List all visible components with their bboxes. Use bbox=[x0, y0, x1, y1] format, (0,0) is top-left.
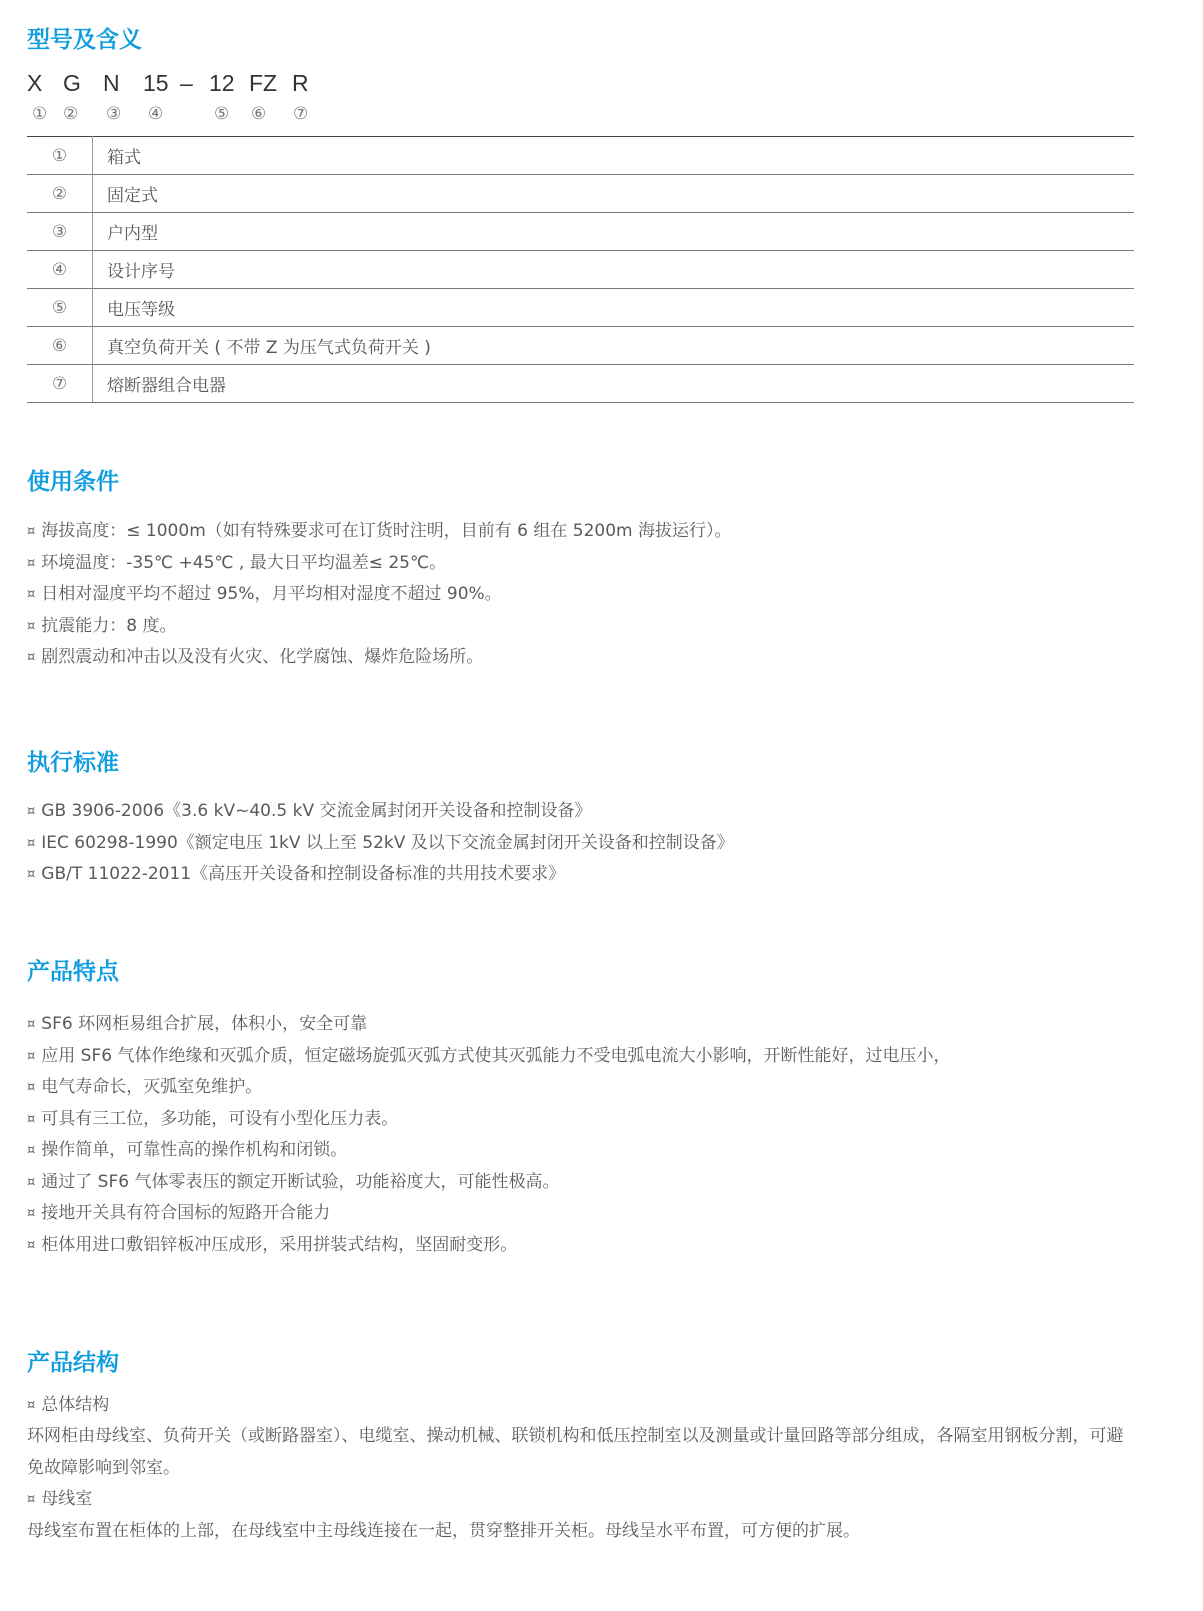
model-code-part: N bbox=[103, 70, 120, 97]
bullet-icon: ¤ bbox=[27, 579, 35, 611]
list-item-text: SF6 环网柜易组合扩展，体积小，安全可靠 bbox=[41, 1014, 367, 1034]
list-item: ¤可具有三工位，多功能，可设有小型化压力表。 bbox=[27, 1104, 950, 1136]
list-item: ¤环境温度：-35℃ +45℃ , 最大日平均温差≤ 25℃。 bbox=[27, 548, 732, 580]
bullet-icon: ¤ bbox=[27, 1167, 35, 1199]
row-number: ① bbox=[27, 137, 93, 175]
bullet-icon: ¤ bbox=[27, 1009, 35, 1041]
model-code-part: G bbox=[63, 70, 81, 97]
model-code-part: R bbox=[292, 70, 309, 97]
section-title-conditions: 使用条件 bbox=[27, 467, 119, 497]
bullet-icon: ¤ bbox=[27, 611, 35, 643]
list-item-text: 可具有三工位，多功能，可设有小型化压力表。 bbox=[41, 1109, 398, 1129]
row-description: 设计序号 bbox=[93, 251, 1135, 289]
model-code-number: ⑦ bbox=[293, 104, 308, 124]
structure-overall-label: ¤总体结构 bbox=[27, 1390, 109, 1422]
structure-busbar-text: 母线室布置在柜体的上部，在母线室中主母线连接在一起，贯穿整排开关柜。母线呈水平布… bbox=[27, 1516, 1137, 1548]
table-row: ③ 户内型 bbox=[27, 213, 1134, 251]
list-item-text: 日相对湿度平均不超过 95%，月平均相对湿度不超过 90%。 bbox=[41, 584, 501, 604]
list-item-text: 海拔高度：≤ 1000m（如有特殊要求可在订货时注明，目前有 6 组在 5200… bbox=[41, 521, 731, 541]
list-item: ¤接地开关具有符合国标的短路开合能力 bbox=[27, 1198, 950, 1230]
list-item: ¤剧烈震动和冲击以及没有火灾、化学腐蚀、爆炸危险场所。 bbox=[27, 642, 732, 674]
structure-busbar-label: ¤母线室 bbox=[27, 1484, 92, 1516]
model-code-part: 12 bbox=[209, 70, 235, 97]
bullet-icon: ¤ bbox=[27, 1198, 35, 1230]
model-code-part: X bbox=[27, 70, 42, 97]
section-title-features: 产品特点 bbox=[27, 957, 119, 987]
model-meaning-table: ① 箱式 ② 固定式 ③ 户内型 ④ 设计序号 ⑤ 电压等级 ⑥ 真空负荷开关 … bbox=[27, 136, 1134, 403]
row-number: ⑦ bbox=[27, 365, 93, 403]
model-code-number: ③ bbox=[106, 104, 121, 124]
row-description: 电压等级 bbox=[93, 289, 1135, 327]
list-item-text: 总体结构 bbox=[41, 1395, 109, 1415]
conditions-list: ¤海拔高度：≤ 1000m（如有特殊要求可在订货时注明，目前有 6 组在 520… bbox=[27, 516, 732, 674]
list-item-text: 接地开关具有符合国标的短路开合能力 bbox=[41, 1203, 330, 1223]
list-item-text: IEC 60298-1990《额定电压 1kV 以上至 52kV 及以下交流金属… bbox=[41, 833, 734, 853]
section-title-model: 型号及含义 bbox=[27, 25, 142, 55]
list-item: ¤操作简单，可靠性高的操作机构和闭锁。 bbox=[27, 1135, 950, 1167]
list-item-text: GB 3906-2006《3.6 kV~40.5 kV 交流金属封闭开关设备和控… bbox=[41, 801, 591, 821]
list-item: ¤GB/T 11022-2011《高压开关设备和控制设备标准的共用技术要求》 bbox=[27, 859, 734, 891]
list-item-text: 电气寿命长，灭弧室免维护。 bbox=[41, 1077, 262, 1097]
model-code-number: ⑥ bbox=[251, 104, 266, 124]
row-number: ⑥ bbox=[27, 327, 93, 365]
bullet-icon: ¤ bbox=[27, 1104, 35, 1136]
list-item: ¤日相对湿度平均不超过 95%，月平均相对湿度不超过 90%。 bbox=[27, 579, 732, 611]
row-description: 熔断器组合电器 bbox=[93, 365, 1135, 403]
list-item: ¤柜体用进口敷铝锌板冲压成形，采用拼装式结构，坚固耐变形。 bbox=[27, 1230, 950, 1262]
model-code-part: 15 bbox=[143, 70, 169, 97]
table-row: ① 箱式 bbox=[27, 137, 1134, 175]
table-row: ⑦ 熔断器组合电器 bbox=[27, 365, 1134, 403]
list-item-text: 剧烈震动和冲击以及没有火灾、化学腐蚀、爆炸危险场所。 bbox=[41, 647, 483, 667]
list-item-text: 通过了 SF6 气体零表压的额定开断试验，功能裕度大，可能性极高。 bbox=[41, 1172, 559, 1192]
list-item-text: 母线室 bbox=[41, 1489, 92, 1509]
bullet-icon: ¤ bbox=[27, 828, 35, 860]
list-item: ¤电气寿命长，灭弧室免维护。 bbox=[27, 1072, 950, 1104]
list-item: ¤海拔高度：≤ 1000m（如有特殊要求可在订货时注明，目前有 6 组在 520… bbox=[27, 516, 732, 548]
row-description: 箱式 bbox=[93, 137, 1135, 175]
list-item: ¤通过了 SF6 气体零表压的额定开断试验，功能裕度大，可能性极高。 bbox=[27, 1167, 950, 1199]
list-item-text: GB/T 11022-2011《高压开关设备和控制设备标准的共用技术要求》 bbox=[41, 864, 565, 884]
model-code-number: ② bbox=[63, 104, 78, 124]
model-code-part: FZ bbox=[249, 70, 277, 97]
row-description: 固定式 bbox=[93, 175, 1135, 213]
row-number: ④ bbox=[27, 251, 93, 289]
bullet-icon: ¤ bbox=[27, 642, 35, 674]
bullet-icon: ¤ bbox=[27, 1230, 35, 1262]
list-item: ¤母线室 bbox=[27, 1484, 92, 1516]
list-item: ¤应用 SF6 气体作绝缘和灭弧介质，恒定磁场旋弧灭弧方式使其灭弧能力不受电弧电… bbox=[27, 1041, 950, 1073]
model-code-part: – bbox=[180, 70, 193, 97]
bullet-icon: ¤ bbox=[27, 516, 35, 548]
list-item-text: 操作简单，可靠性高的操作机构和闭锁。 bbox=[41, 1140, 347, 1160]
row-description: 真空负荷开关 ( 不带 Z 为压气式负荷开关 ) bbox=[93, 327, 1135, 365]
list-item: ¤抗震能力：8 度。 bbox=[27, 611, 732, 643]
section-title-standards: 执行标准 bbox=[27, 748, 119, 778]
table-row: ② 固定式 bbox=[27, 175, 1134, 213]
bullet-icon: ¤ bbox=[27, 796, 35, 828]
bullet-icon: ¤ bbox=[27, 1041, 35, 1073]
list-item: ¤总体结构 bbox=[27, 1390, 109, 1422]
row-number: ⑤ bbox=[27, 289, 93, 327]
list-item-text: 环境温度：-35℃ +45℃ , 最大日平均温差≤ 25℃。 bbox=[41, 553, 446, 573]
bullet-icon: ¤ bbox=[27, 548, 35, 580]
bullet-icon: ¤ bbox=[27, 1484, 35, 1516]
model-code-number: ① bbox=[32, 104, 47, 124]
list-item-text: 抗震能力：8 度。 bbox=[41, 616, 176, 636]
bullet-icon: ¤ bbox=[27, 1135, 35, 1167]
bullet-icon: ¤ bbox=[27, 1390, 35, 1422]
table-row: ⑤ 电压等级 bbox=[27, 289, 1134, 327]
list-item-text: 柜体用进口敷铝锌板冲压成形，采用拼装式结构，坚固耐变形。 bbox=[41, 1235, 517, 1255]
table-row: ④ 设计序号 bbox=[27, 251, 1134, 289]
list-item: ¤GB 3906-2006《3.6 kV~40.5 kV 交流金属封闭开关设备和… bbox=[27, 796, 734, 828]
list-item: ¤SF6 环网柜易组合扩展，体积小，安全可靠 bbox=[27, 1009, 950, 1041]
bullet-icon: ¤ bbox=[27, 1072, 35, 1104]
bullet-icon: ¤ bbox=[27, 859, 35, 891]
structure-overall-text: 环网柜由母线室、负荷开关（或断路器室）、电缆室、操动机械、联锁机构和低压控制室以… bbox=[27, 1421, 1137, 1484]
row-number: ② bbox=[27, 175, 93, 213]
table-row: ⑥ 真空负荷开关 ( 不带 Z 为压气式负荷开关 ) bbox=[27, 327, 1134, 365]
features-list: ¤SF6 环网柜易组合扩展，体积小，安全可靠 ¤应用 SF6 气体作绝缘和灭弧介… bbox=[27, 1009, 950, 1261]
section-title-structure: 产品结构 bbox=[27, 1348, 119, 1378]
standards-list: ¤GB 3906-2006《3.6 kV~40.5 kV 交流金属封闭开关设备和… bbox=[27, 796, 734, 891]
model-code-number: ⑤ bbox=[214, 104, 229, 124]
list-item-text: 应用 SF6 气体作绝缘和灭弧介质，恒定磁场旋弧灭弧方式使其灭弧能力不受电弧电流… bbox=[41, 1046, 950, 1066]
list-item: ¤IEC 60298-1990《额定电压 1kV 以上至 52kV 及以下交流金… bbox=[27, 828, 734, 860]
row-description: 户内型 bbox=[93, 213, 1135, 251]
row-number: ③ bbox=[27, 213, 93, 251]
model-code-number: ④ bbox=[148, 104, 163, 124]
